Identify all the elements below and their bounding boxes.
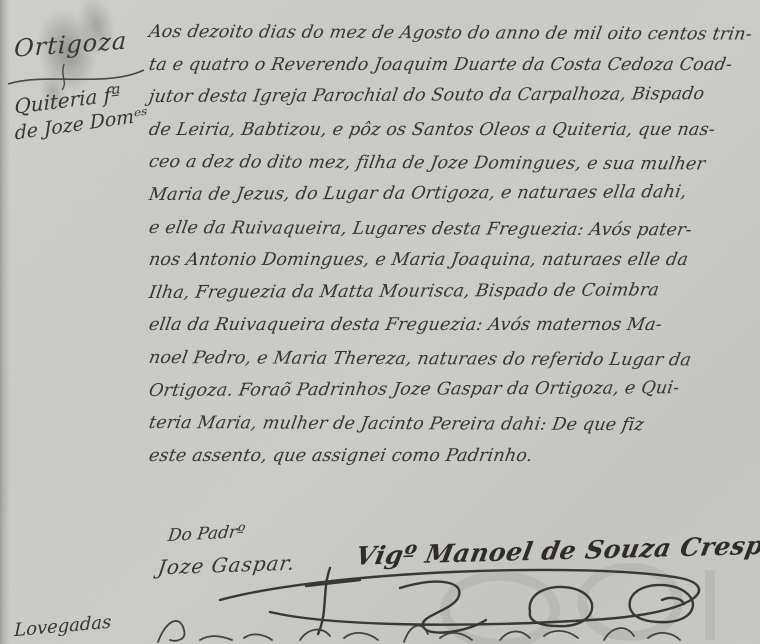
godfather-signature: Joze Gaspar. <box>156 551 297 580</box>
next-entry-partial-line <box>140 600 760 644</box>
godfather-signature-label: Do Padrº <box>167 522 246 546</box>
record-line: ella da Ruivaqueira desta Freguezia: Avó… <box>145 315 756 348</box>
page-binding-edge <box>0 0 10 644</box>
vicar-signature: Vigº Manoel de Souza Crespo <box>353 530 760 570</box>
record-line: teria Maria, mulher de Jacinto Pereira d… <box>145 413 756 448</box>
record-line: este assento, que assignei como Padrinho… <box>145 446 756 479</box>
record-line: Maria de Jezus, do Lugar da Ortigoza, e … <box>146 182 757 218</box>
record-line: e elle da Ruivaqueira, Lugares desta Fre… <box>145 218 756 253</box>
record-line: nos Antonio Domingues, e Maria Joaquina,… <box>145 250 756 283</box>
scanned-document-page: Ortigoza Quiteria fª de Joze Domᵉˢ Loveg… <box>0 0 760 644</box>
record-line: Aos dezoito dias do mez de Agosto do ann… <box>145 22 756 57</box>
record-line: ta e quatro o Reverendo Joaquim Duarte d… <box>145 55 756 88</box>
margin-note-next-entry-place: Lovegadas <box>14 608 154 641</box>
record-line: de Leiria, Babtizou, e pôz os Santos Ole… <box>145 120 756 153</box>
record-line: Ortigoza. Foraõ Padrinhos Joze Gaspar da… <box>146 377 757 413</box>
record-line: Ilha, Freguezia da Matta Mourisca, Bispa… <box>146 280 757 316</box>
record-body: Aos dezoito dias do mez de Agosto do ann… <box>148 22 754 478</box>
record-line: jutor desta Igreja Parochial do Souto da… <box>146 84 757 120</box>
